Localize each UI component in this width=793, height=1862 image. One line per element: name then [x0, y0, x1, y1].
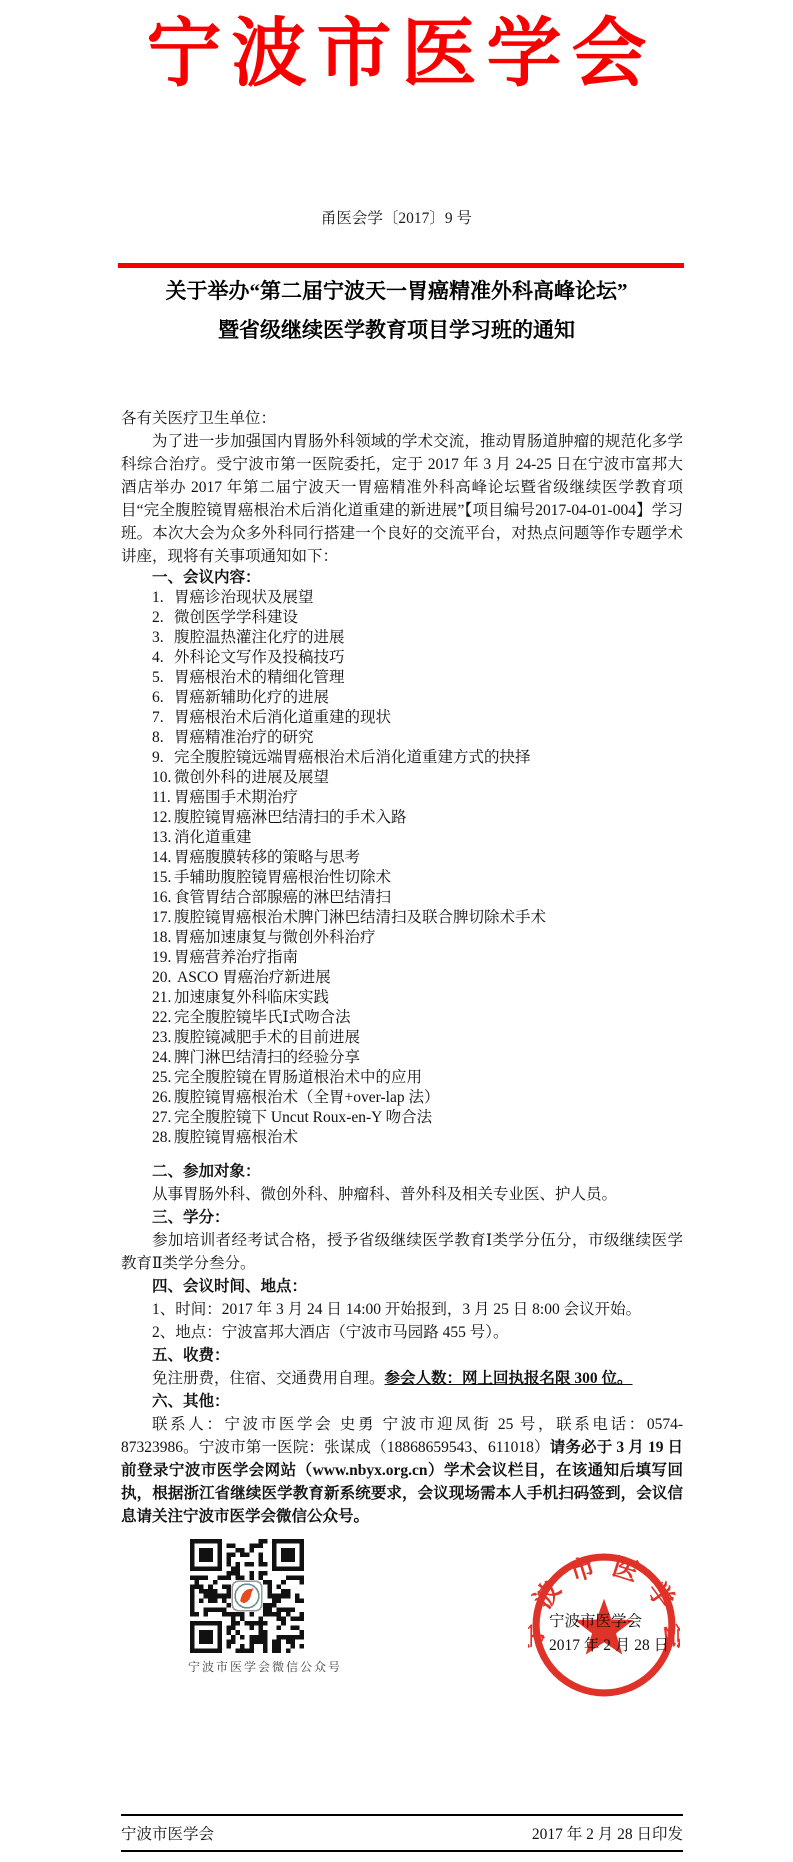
salutation: 各有关医疗卫生单位： [121, 408, 683, 430]
agenda-item-number: 19. [152, 948, 174, 968]
agenda-item-text: 胃癌围手术期治疗 [174, 789, 298, 806]
schedule-place: 2、地点：宁波富邦大酒店（宁波市马园路 455 号）。 [121, 1321, 683, 1344]
letterhead-divider-rule [118, 263, 684, 268]
agenda-item-number: 5. [152, 668, 174, 688]
agenda-item-text: 微创外科的进展及展望 [174, 769, 329, 786]
agenda-item-text: 完全腹腔镜下 Uncut Roux-en-Y 吻合法 [174, 1109, 432, 1126]
agenda-item-text: 外科论文写作及投稿技巧 [174, 649, 345, 666]
agenda-item-text: 完全腹腔镜在胃肠道根治术中的应用 [174, 1069, 422, 1086]
agenda-list-item: 28.腹腔镜胃癌根治术 [121, 1128, 683, 1148]
agenda-item-number: 6. [152, 688, 174, 708]
agenda-item-text: 腹腔镜胃癌淋巴结清扫的手术入路 [174, 809, 407, 826]
agenda-list-item: 11.胃癌围手术期治疗 [121, 788, 683, 808]
agenda-item-text: 胃癌精准治疗的研究 [174, 729, 314, 746]
agenda-item-number: 9. [152, 748, 174, 768]
agenda-list-item: 12.腹腔镜胃癌淋巴结清扫的手术入路 [121, 808, 683, 828]
others-text: 联系人：宁波市医学会 史勇 宁波市迎凤街 25 号，联系电话：0574-8732… [121, 1413, 683, 1528]
agenda-item-text: 消化道重建 [174, 829, 252, 846]
agenda-list-item: 9.完全腹腔镜远端胃癌根治术后消化道重建方式的抉择 [121, 748, 683, 768]
participants-text: 从事胃肠外科、微创外科、肿瘤科、普外科及相关专业医、护人员。 [121, 1183, 683, 1206]
agenda-list-item: 16.食管胃结合部腺癌的淋巴结清扫 [121, 888, 683, 908]
fees-text: 免注册费，住宿、交通费用自理。参会人数：网上回执报名限 300 位。 [121, 1367, 683, 1390]
agenda-item-text: 胃癌营养治疗指南 [174, 949, 298, 966]
agenda-item-number: 12. [152, 808, 174, 828]
agenda-item-text: 胃癌加速康复与微创外科治疗 [174, 929, 376, 946]
agenda-item-number: 27. [152, 1108, 174, 1128]
section-heading-participants: 二、参加对象： [121, 1160, 683, 1183]
signature-block: 宁波市医学会 2017 年 2 月 28 日 [549, 1610, 669, 1658]
agenda-item-text: ASCO 胃癌治疗新进展 [174, 969, 331, 986]
section-heading-others: 六、其他： [121, 1390, 683, 1413]
agenda-item-number: 16. [152, 888, 174, 908]
agenda-list-item: 23.腹腔镜减肥手术的目前进展 [121, 1028, 683, 1048]
agenda-list-item: 25.完全腹腔镜在胃肠道根治术中的应用 [121, 1068, 683, 1088]
doc-title-line2: 暨省级继续医学教育项目学习班的通知 [0, 318, 793, 342]
agenda-list-item: 22.完全腹腔镜毕氏Ⅰ式吻合法 [121, 1008, 683, 1028]
agenda-item-number: 21. [152, 988, 174, 1008]
agenda-list-item: 13.消化道重建 [121, 828, 683, 848]
agenda-item-number: 17. [152, 908, 174, 928]
wechat-qr-block: 宁波市医学会微信公众号 [188, 1539, 306, 1675]
agenda-list-item: 7.胃癌根治术后消化道重建的现状 [121, 708, 683, 728]
agenda-item-text: 腹腔镜胃癌根治术 [174, 1129, 298, 1146]
agenda-list-item: 4.外科论文写作及投稿技巧 [121, 648, 683, 668]
schedule-time: 1、时间：2017 年 3 月 24 日 14:00 开始报到，3 月 25 日… [121, 1298, 683, 1321]
agenda-item-number: 25. [152, 1068, 174, 1088]
agenda-item-number: 2. [152, 608, 174, 628]
agenda-list-item: 26.腹腔镜胃癌根治术（全胃+over-lap 法） [121, 1088, 683, 1108]
agenda-item-number: 24. [152, 1048, 174, 1068]
section-heading-agenda: 一、会议内容： [121, 568, 683, 588]
agenda-item-text: 胃癌新辅助化疗的进展 [174, 689, 329, 706]
agenda-list-item: 14.胃癌腹膜转移的策略与思考 [121, 848, 683, 868]
footer-print-date: 2017 年 2 月 28 日印发 [532, 1822, 683, 1844]
footer-org: 宁波市医学会 [121, 1822, 214, 1844]
agenda-item-text: 脾门淋巴结清扫的经验分享 [174, 1049, 360, 1066]
footer-bar: 宁波市医学会 2017 年 2 月 28 日印发 [121, 1814, 683, 1852]
agenda-item-text: 腹腔镜胃癌根治术（全胃+over-lap 法） [174, 1089, 439, 1106]
agenda-list-item: 2.微创医学学科建设 [121, 608, 683, 628]
agenda-item-number: 15. [152, 868, 174, 888]
signature-date: 2017 年 2 月 28 日 [549, 1634, 669, 1658]
agenda-list-item: 27.完全腹腔镜下 Uncut Roux-en-Y 吻合法 [121, 1108, 683, 1128]
section-heading-schedule: 四、会议时间、地点： [121, 1275, 683, 1298]
agenda-item-text: 加速康复外科临床实践 [174, 989, 329, 1006]
agenda-item-text: 完全腹腔镜毕氏Ⅰ式吻合法 [174, 1009, 351, 1026]
agenda-item-number: 28. [152, 1128, 174, 1148]
agenda-item-number: 4. [152, 648, 174, 668]
agenda-item-number: 10. [152, 768, 174, 788]
agenda-item-text: 胃癌根治术的精细化管理 [174, 669, 345, 686]
agenda-item-text: 胃癌腹膜转移的策略与思考 [174, 849, 360, 866]
agenda-item-number: 13. [152, 828, 174, 848]
agenda-item-number: 14. [152, 848, 174, 868]
agenda-list-item: 24.脾门淋巴结清扫的经验分享 [121, 1048, 683, 1068]
agenda-item-number: 7. [152, 708, 174, 728]
agenda-list-item: 19.胃癌营养治疗指南 [121, 948, 683, 968]
agenda-list-item: 17.腹腔镜胃癌根治术脾门淋巴结清扫及联合脾切除术手术 [121, 908, 683, 928]
agenda-item-text: 腹腔镜胃癌根治术脾门淋巴结清扫及联合脾切除术手术 [174, 909, 546, 926]
agenda-item-text: 腹腔温热灌注化疗的进展 [174, 629, 345, 646]
agenda-list-item: 21.加速康复外科临床实践 [121, 988, 683, 1008]
agenda-item-text: 胃癌根治术后消化道重建的现状 [174, 709, 391, 726]
agenda-list-item: 5.胃癌根治术的精细化管理 [121, 668, 683, 688]
intro-paragraph: 为了进一步加强国内胃肠外科领域的学术交流，推动胃肠道肿瘤的规范化多学科综合治疗。… [121, 430, 683, 568]
agenda-list-item: 10.微创外科的进展及展望 [121, 768, 683, 788]
agenda-item-number: 20. [152, 968, 174, 988]
document-body: 各有关医疗卫生单位： 为了进一步加强国内胃肠外科领域的学术交流，推动胃肠道肿瘤的… [121, 408, 683, 1528]
signature-org: 宁波市医学会 [549, 1610, 669, 1634]
agenda-item-number: 3. [152, 628, 174, 648]
agenda-item-text: 手辅助腹腔镜胃癌根治性切除术 [174, 869, 391, 886]
agenda-list-item: 15.手辅助腹腔镜胃癌根治性切除术 [121, 868, 683, 888]
agenda-item-number: 8. [152, 728, 174, 748]
qr-code-image [190, 1539, 304, 1653]
letterhead-org-title: 宁波市医学会 [0, 12, 793, 97]
agenda-item-text: 微创医学学科建设 [174, 609, 298, 626]
document-number: 甬医会学〔2017〕9 号 [0, 209, 793, 229]
agenda-list-item: 8.胃癌精准治疗的研究 [121, 728, 683, 748]
notice-document: 宁波市医学会 甬医会学〔2017〕9 号 关于举办“第二届宁波天一胃癌精准外科高… [0, 0, 793, 1862]
agenda-list: 1.胃癌诊治现状及展望 2.微创医学学科建设 3.腹腔温热灌注化疗的进展 4.外… [121, 588, 683, 1148]
agenda-item-text: 食管胃结合部腺癌的淋巴结清扫 [174, 889, 391, 906]
section-agenda: 一、会议内容： 1.胃癌诊治现状及展望 2.微创医学学科建设 3.腹腔温热灌注化… [121, 568, 683, 1148]
agenda-item-text: 完全腹腔镜远端胃癌根治术后消化道重建方式的抉择 [174, 749, 531, 766]
agenda-item-number: 18. [152, 928, 174, 948]
agenda-list-item: 6.胃癌新辅助化疗的进展 [121, 688, 683, 708]
agenda-item-number: 1. [152, 588, 174, 608]
lower-sections: 二、参加对象： 从事胃肠外科、微创外科、肿瘤科、普外科及相关专业医、护人员。 三… [121, 1160, 683, 1528]
agenda-list-item: 20. ASCO 胃癌治疗新进展 [121, 968, 683, 988]
doc-title-line1: 关于举办“第二届宁波天一胃癌精准外科高峰论坛” [0, 279, 793, 303]
agenda-item-number: 11. [152, 788, 174, 808]
agenda-list-item: 1.胃癌诊治现状及展望 [121, 588, 683, 608]
agenda-list-item: 18.胃癌加速康复与微创外科治疗 [121, 928, 683, 948]
fees-emphasis: 参会人数：网上回执报名限 300 位。 [385, 1370, 633, 1387]
agenda-item-number: 22. [152, 1008, 174, 1028]
section-heading-credits: 三、学分： [121, 1206, 683, 1229]
fees-normal: 免注册费，住宿、交通费用自理。 [152, 1370, 385, 1387]
qr-caption: 宁波市医学会微信公众号 [188, 1658, 306, 1675]
agenda-item-text: 腹腔镜减肥手术的目前进展 [174, 1029, 360, 1046]
section-heading-fees: 五、收费： [121, 1344, 683, 1367]
agenda-item-text: 胃癌诊治现状及展望 [174, 589, 314, 606]
agenda-list-item: 3.腹腔温热灌注化疗的进展 [121, 628, 683, 648]
agenda-item-number: 26. [152, 1088, 174, 1108]
credits-text: 参加培训者经考试合格，授予省级继续医学教育Ⅰ类学分伍分，市级继续医学教育Ⅱ类学分… [121, 1229, 683, 1275]
agenda-item-number: 23. [152, 1028, 174, 1048]
